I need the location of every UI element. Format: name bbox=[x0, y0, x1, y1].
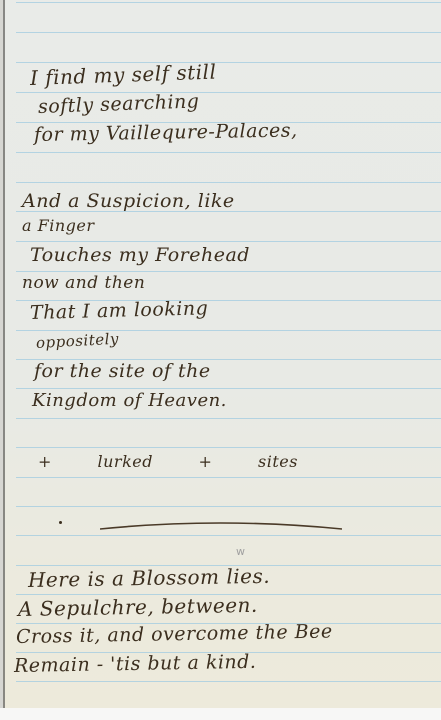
stanza-1-line-1: I find my self still bbox=[30, 59, 217, 89]
stanza-2-line-8: Kingdom of Heaven. bbox=[32, 390, 227, 411]
ruled-line bbox=[16, 152, 441, 153]
stanza-3-line-3: Cross it, and overcome the Bee bbox=[16, 620, 333, 648]
ruled-line bbox=[16, 447, 441, 448]
ruled-line bbox=[16, 62, 441, 63]
scan-bottom-margin bbox=[0, 708, 441, 720]
ruled-line bbox=[16, 418, 441, 419]
ruled-line bbox=[16, 477, 441, 478]
ruled-line bbox=[16, 506, 441, 507]
stanza-2-line-4: now and then bbox=[22, 273, 145, 293]
variant-notes: + lurked + sites bbox=[38, 452, 298, 471]
ruled-line bbox=[16, 241, 441, 242]
ruled-line bbox=[16, 32, 441, 33]
stanza-2-line-7: for the site of the bbox=[34, 360, 211, 382]
stanza-3-line-2: A Sepulchre, between. bbox=[18, 593, 258, 621]
stanza-3-line-4: Remain - 'tis but a kind. bbox=[14, 651, 257, 677]
ruled-line bbox=[16, 92, 441, 93]
stanza-3-line-1: Here is a Blossom lies. bbox=[28, 564, 270, 592]
divider-stroke bbox=[100, 519, 342, 531]
ruled-line bbox=[16, 681, 441, 682]
stanza-2-line-5: That I am looking bbox=[30, 297, 209, 324]
ruled-line bbox=[16, 182, 441, 183]
ruled-line bbox=[16, 2, 441, 3]
page-left-edge bbox=[3, 0, 5, 708]
stanza-2-line-1: And a Suspicion, like bbox=[22, 190, 235, 212]
manuscript-page: I find my self still softly searching fo… bbox=[0, 0, 441, 708]
pencil-mark: w bbox=[236, 545, 245, 558]
stanza-1-line-2: softly searching bbox=[38, 90, 200, 118]
stanza-2-line-6: oppositely bbox=[36, 330, 120, 352]
ruled-line bbox=[16, 271, 441, 272]
stanza-1-line-3: for my Vaillequre-Palaces, bbox=[34, 119, 298, 146]
ink-dot bbox=[59, 521, 62, 524]
ruled-line bbox=[16, 388, 441, 389]
ruled-line bbox=[16, 535, 441, 536]
stanza-2-line-2: a Finger bbox=[22, 216, 95, 235]
stanza-2-line-3: Touches my Forehead bbox=[30, 244, 250, 266]
